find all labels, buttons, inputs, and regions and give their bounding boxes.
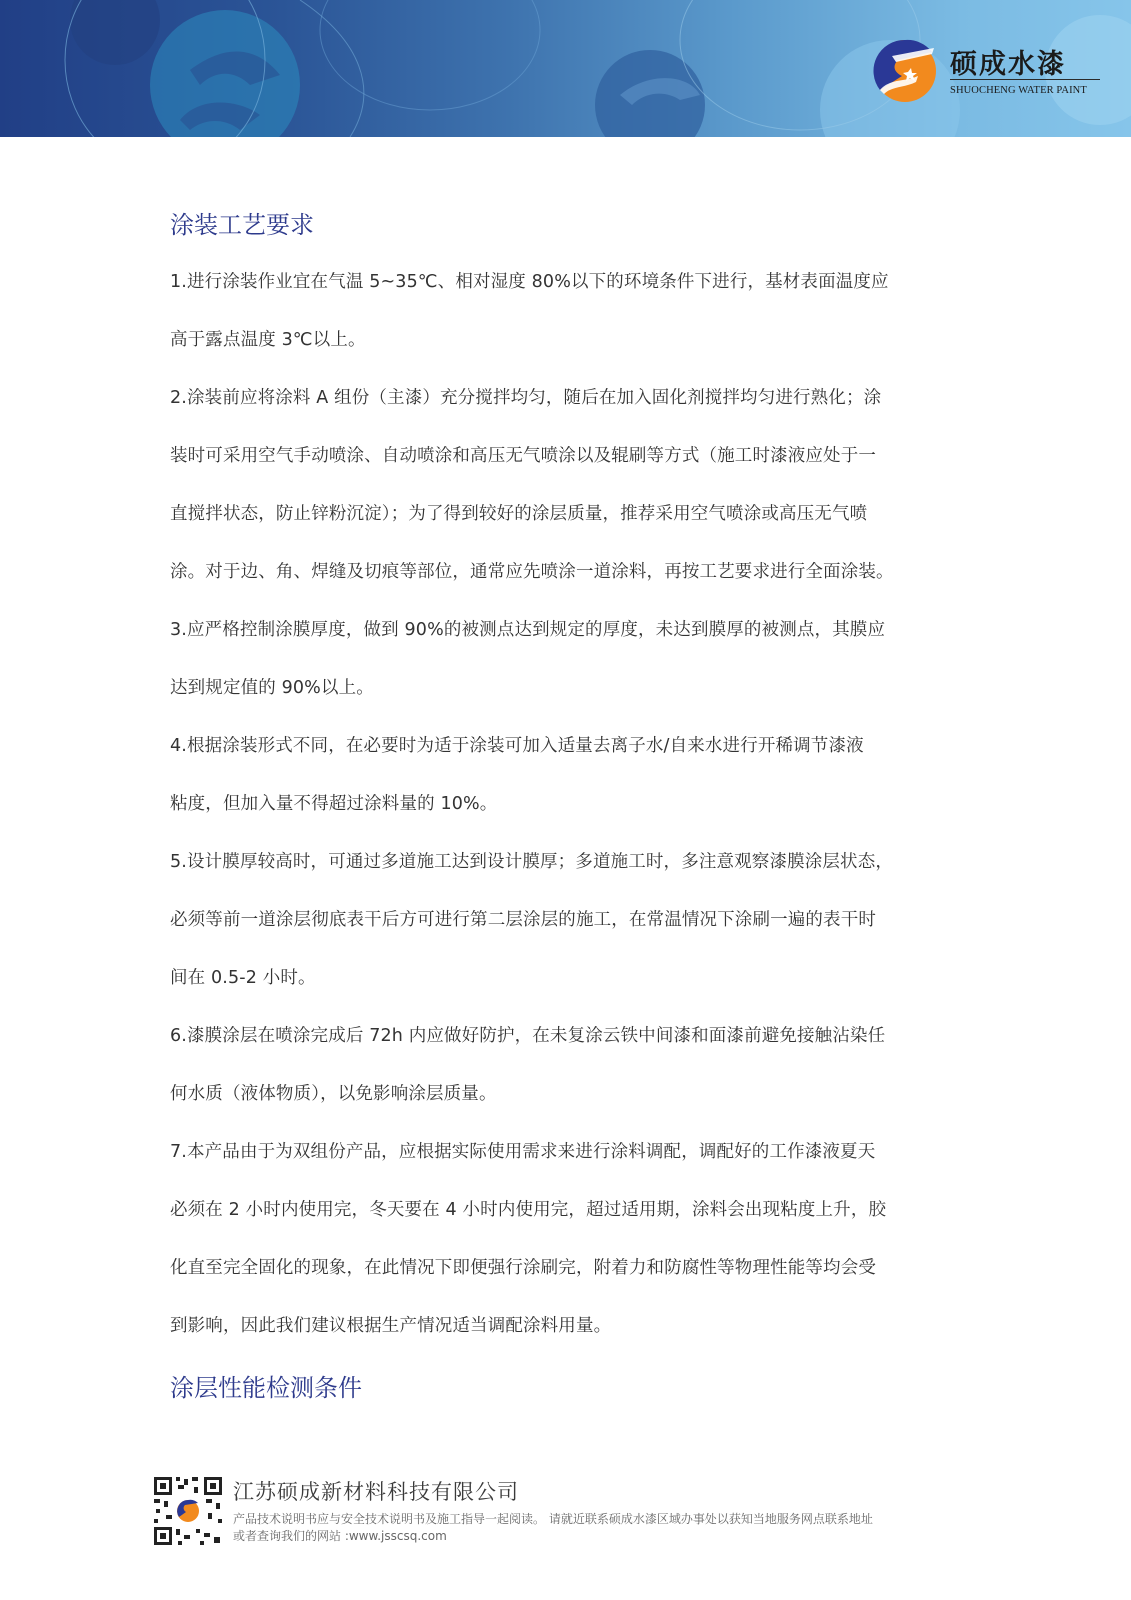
- paragraph-line: 何水质（液体物质），以免影响涂层质量。: [170, 1080, 497, 1105]
- paragraph-line: 高于露点温度 3℃以上。: [170, 326, 366, 351]
- header-banner: 硕成水漆 SHUOCHENG WATER PAINT: [0, 0, 1131, 137]
- paragraph-line: 4.根据涂装形式不同，在必要时为适于涂装可加入适量去离子水/自来水进行开稀调节漆…: [170, 732, 864, 757]
- section-title-coating-process: 涂装工艺要求: [170, 205, 314, 240]
- brand-divider: [950, 79, 1100, 80]
- footer-website-line[interactable]: 或者查询我们的网站 :www.jsscsq.com: [233, 1527, 447, 1544]
- paragraph-line: 粘度，但加入量不得超过涂料量的 10%。: [170, 790, 497, 815]
- brand-name-en: SHUOCHENG WATER PAINT: [950, 85, 1087, 96]
- paragraph-line: 7.本产品由于为双组份产品，应根据实际使用需求来进行涂料调配，调配好的工作漆液夏…: [170, 1138, 875, 1163]
- paragraph-line: 2.涂装前应将涂料 A 组份（主漆）充分搅拌均匀，随后在加入固化剂搅拌均匀进行熟…: [170, 384, 881, 409]
- paragraph-line: 5.设计膜厚较高时，可通过多道施工达到设计膜厚；多道施工时，多注意观察漆膜涂层状…: [170, 848, 893, 873]
- paragraph-line: 化直至完全固化的现象，在此情况下即便强行涂刷完，附着力和防腐性等物理性能等均会受: [170, 1254, 876, 1279]
- paragraph-line: 必须在 2 小时内使用完，冬天要在 4 小时内使用完，超过适用期，涂料会出现粘度…: [170, 1196, 886, 1221]
- qr-code-icon[interactable]: [152, 1475, 224, 1547]
- footer-note-line1: 产品技术说明书应与安全技术说明书及施工指导一起阅读。 请就近联系硕成水漆区域办事…: [233, 1510, 873, 1527]
- paragraph-line: 涂。对于边、角、焊缝及切痕等部位，通常应先喷涂一道涂料，再按工艺要求进行全面涂装…: [170, 558, 894, 583]
- paragraph-line: 达到规定值的 90%以上。: [170, 674, 374, 699]
- brand-name-cn: 硕成水漆: [950, 42, 1066, 81]
- paragraph-line: 6.漆膜涂层在喷涂完成后 72h 内应做好防护，在未复涂云铁中间漆和面漆前避免接…: [170, 1022, 885, 1047]
- paragraph-line: 装时可采用空气手动喷涂、自动喷涂和高压无气喷涂以及辊刷等方式（施工时漆液应处于一: [170, 442, 876, 467]
- brand-logo: 硕成水漆 SHUOCHENG WATER PAINT: [872, 38, 1102, 108]
- paragraph-line: 到影响，因此我们建议根据生产情况适当调配涂料用量。: [170, 1312, 611, 1337]
- shuocheng-logo-icon: [872, 38, 938, 104]
- paragraph-line: 1.进行涂装作业宜在气温 5~35℃、相对湿度 80%以下的环境条件下进行，基材…: [170, 268, 889, 293]
- paragraph-line: 间在 0.5-2 小时。: [170, 964, 316, 989]
- paragraph-line: 3.应严格控制涂膜厚度，做到 90%的被测点达到规定的厚度，未达到膜厚的被测点，…: [170, 616, 885, 641]
- paragraph-line: 必须等前一道涂层彻底表干后方可进行第二层涂层的施工，在常温情况下涂刷一遍的表干时: [170, 906, 876, 931]
- section-title-coating-test-conditions: 涂层性能检测条件: [170, 1368, 362, 1403]
- paragraph-line: 直搅拌状态，防止锌粉沉淀）；为了得到较好的涂层质量，推荐采用空气喷涂或高压无气喷: [170, 500, 867, 525]
- footer-company-name: 江苏硕成新材料科技有限公司: [233, 1476, 519, 1506]
